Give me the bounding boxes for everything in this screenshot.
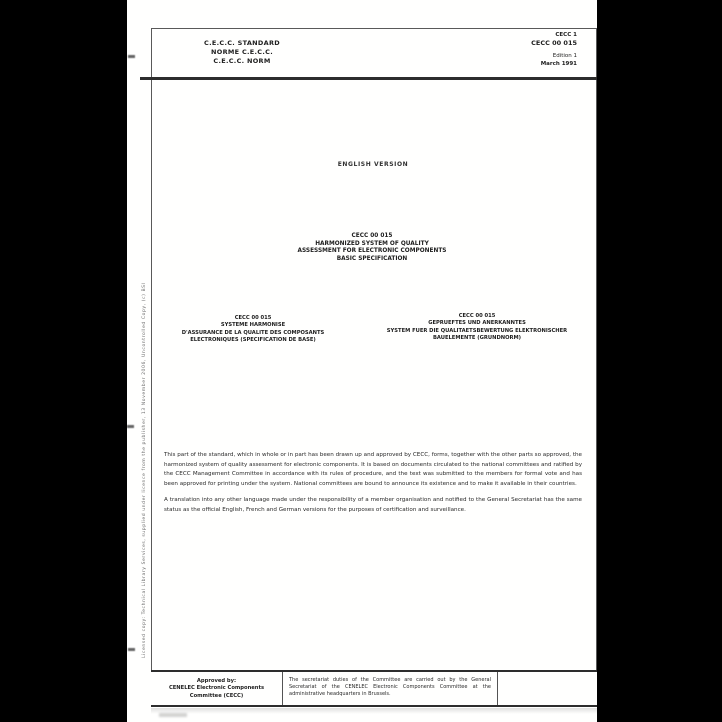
- title-en-line: BASIC SPECIFICATION: [272, 256, 472, 264]
- header-divider-rule: [140, 77, 597, 80]
- licence-margin-text: Licensed copy: Technical Library Service…: [142, 88, 147, 658]
- document-number: CECC 00 015: [482, 39, 577, 48]
- foreword-text: This part of the standard, which in whol…: [164, 451, 582, 522]
- approval-cell: Approved by: CENELEC Electronic Componen…: [151, 672, 283, 705]
- title-fr-line: CECC 00 015: [163, 315, 343, 322]
- approving-body-line: CENELEC Electronic Components: [151, 685, 282, 692]
- thumbnail-canvas: C.E.C.C. STANDARD NORME C.E.C.C. C.E.C.C…: [0, 0, 722, 722]
- letterbox-left: [0, 0, 127, 722]
- title-en-line: CECC 00 015: [272, 233, 472, 241]
- edition-label: Edition 1: [482, 53, 577, 60]
- approving-committee-line: Committee (CECC): [151, 693, 282, 700]
- standard-designation-block: C.E.C.C. STANDARD NORME C.E.C.C. C.E.C.C…: [162, 39, 322, 66]
- footer-box: Approved by: CENELEC Electronic Componen…: [151, 670, 597, 707]
- document-number-block: CECC 1 CECC 00 015 Edition 1 March 1991: [482, 32, 577, 69]
- document-ref: CECC 1: [482, 32, 577, 39]
- designation-line-fr: NORME C.E.C.C.: [162, 48, 322, 57]
- title-english: CECC 00 015 HARMONIZED SYSTEM OF QUALITY…: [272, 233, 472, 263]
- title-de-line: GEPRUEFTES UND ANERKANNTES: [382, 320, 572, 327]
- page-frame: [151, 28, 597, 707]
- letterbox-right: [597, 0, 722, 722]
- blank-cell: [498, 672, 597, 705]
- print-smudge: [159, 713, 187, 717]
- document-page: C.E.C.C. STANDARD NORME C.E.C.C. C.E.C.C…: [127, 0, 597, 722]
- fold-mark: [127, 425, 134, 428]
- title-french: CECC 00 015 SYSTEME HARMONISE D'ASSURANC…: [163, 315, 343, 345]
- scan-shadow: [151, 708, 597, 714]
- title-fr-line: D'ASSURANCE DE LA QUALITE DES COMPOSANTS: [163, 330, 343, 337]
- title-en-line: ASSESSMENT FOR ELECTRONIC COMPONENTS: [272, 248, 472, 256]
- fold-mark: [128, 648, 135, 651]
- designation-line-en: C.E.C.C. STANDARD: [162, 39, 322, 48]
- version-label: ENGLISH VERSION: [273, 161, 473, 168]
- issue-date: March 1991: [482, 60, 577, 69]
- title-fr-line: SYSTEME HARMONISE: [163, 322, 343, 329]
- title-de-line: CECC 00 015: [382, 313, 572, 320]
- secretariat-cell: The secretariat duties of the Committee …: [283, 672, 498, 705]
- designation-line-de: C.E.C.C. NORM: [162, 57, 322, 66]
- fold-mark: [128, 55, 135, 58]
- title-de-line: BAUELEMENTE (GRUNDNORM): [382, 335, 572, 342]
- title-german: CECC 00 015 GEPRUEFTES UND ANERKANNTES S…: [382, 313, 572, 343]
- title-fr-line: ELECTRONIQUES (SPECIFICATION DE BASE): [163, 337, 343, 344]
- foreword-paragraph-2: A translation into any other language ma…: [164, 496, 582, 515]
- foreword-paragraph-1: This part of the standard, which in whol…: [164, 451, 582, 489]
- approved-by-label: Approved by:: [151, 678, 282, 685]
- title-en-line: HARMONIZED SYSTEM OF QUALITY: [272, 241, 472, 249]
- title-de-line: SYSTEM FUER DIE QUALITAETSBEWERTUNG ELEK…: [382, 328, 572, 335]
